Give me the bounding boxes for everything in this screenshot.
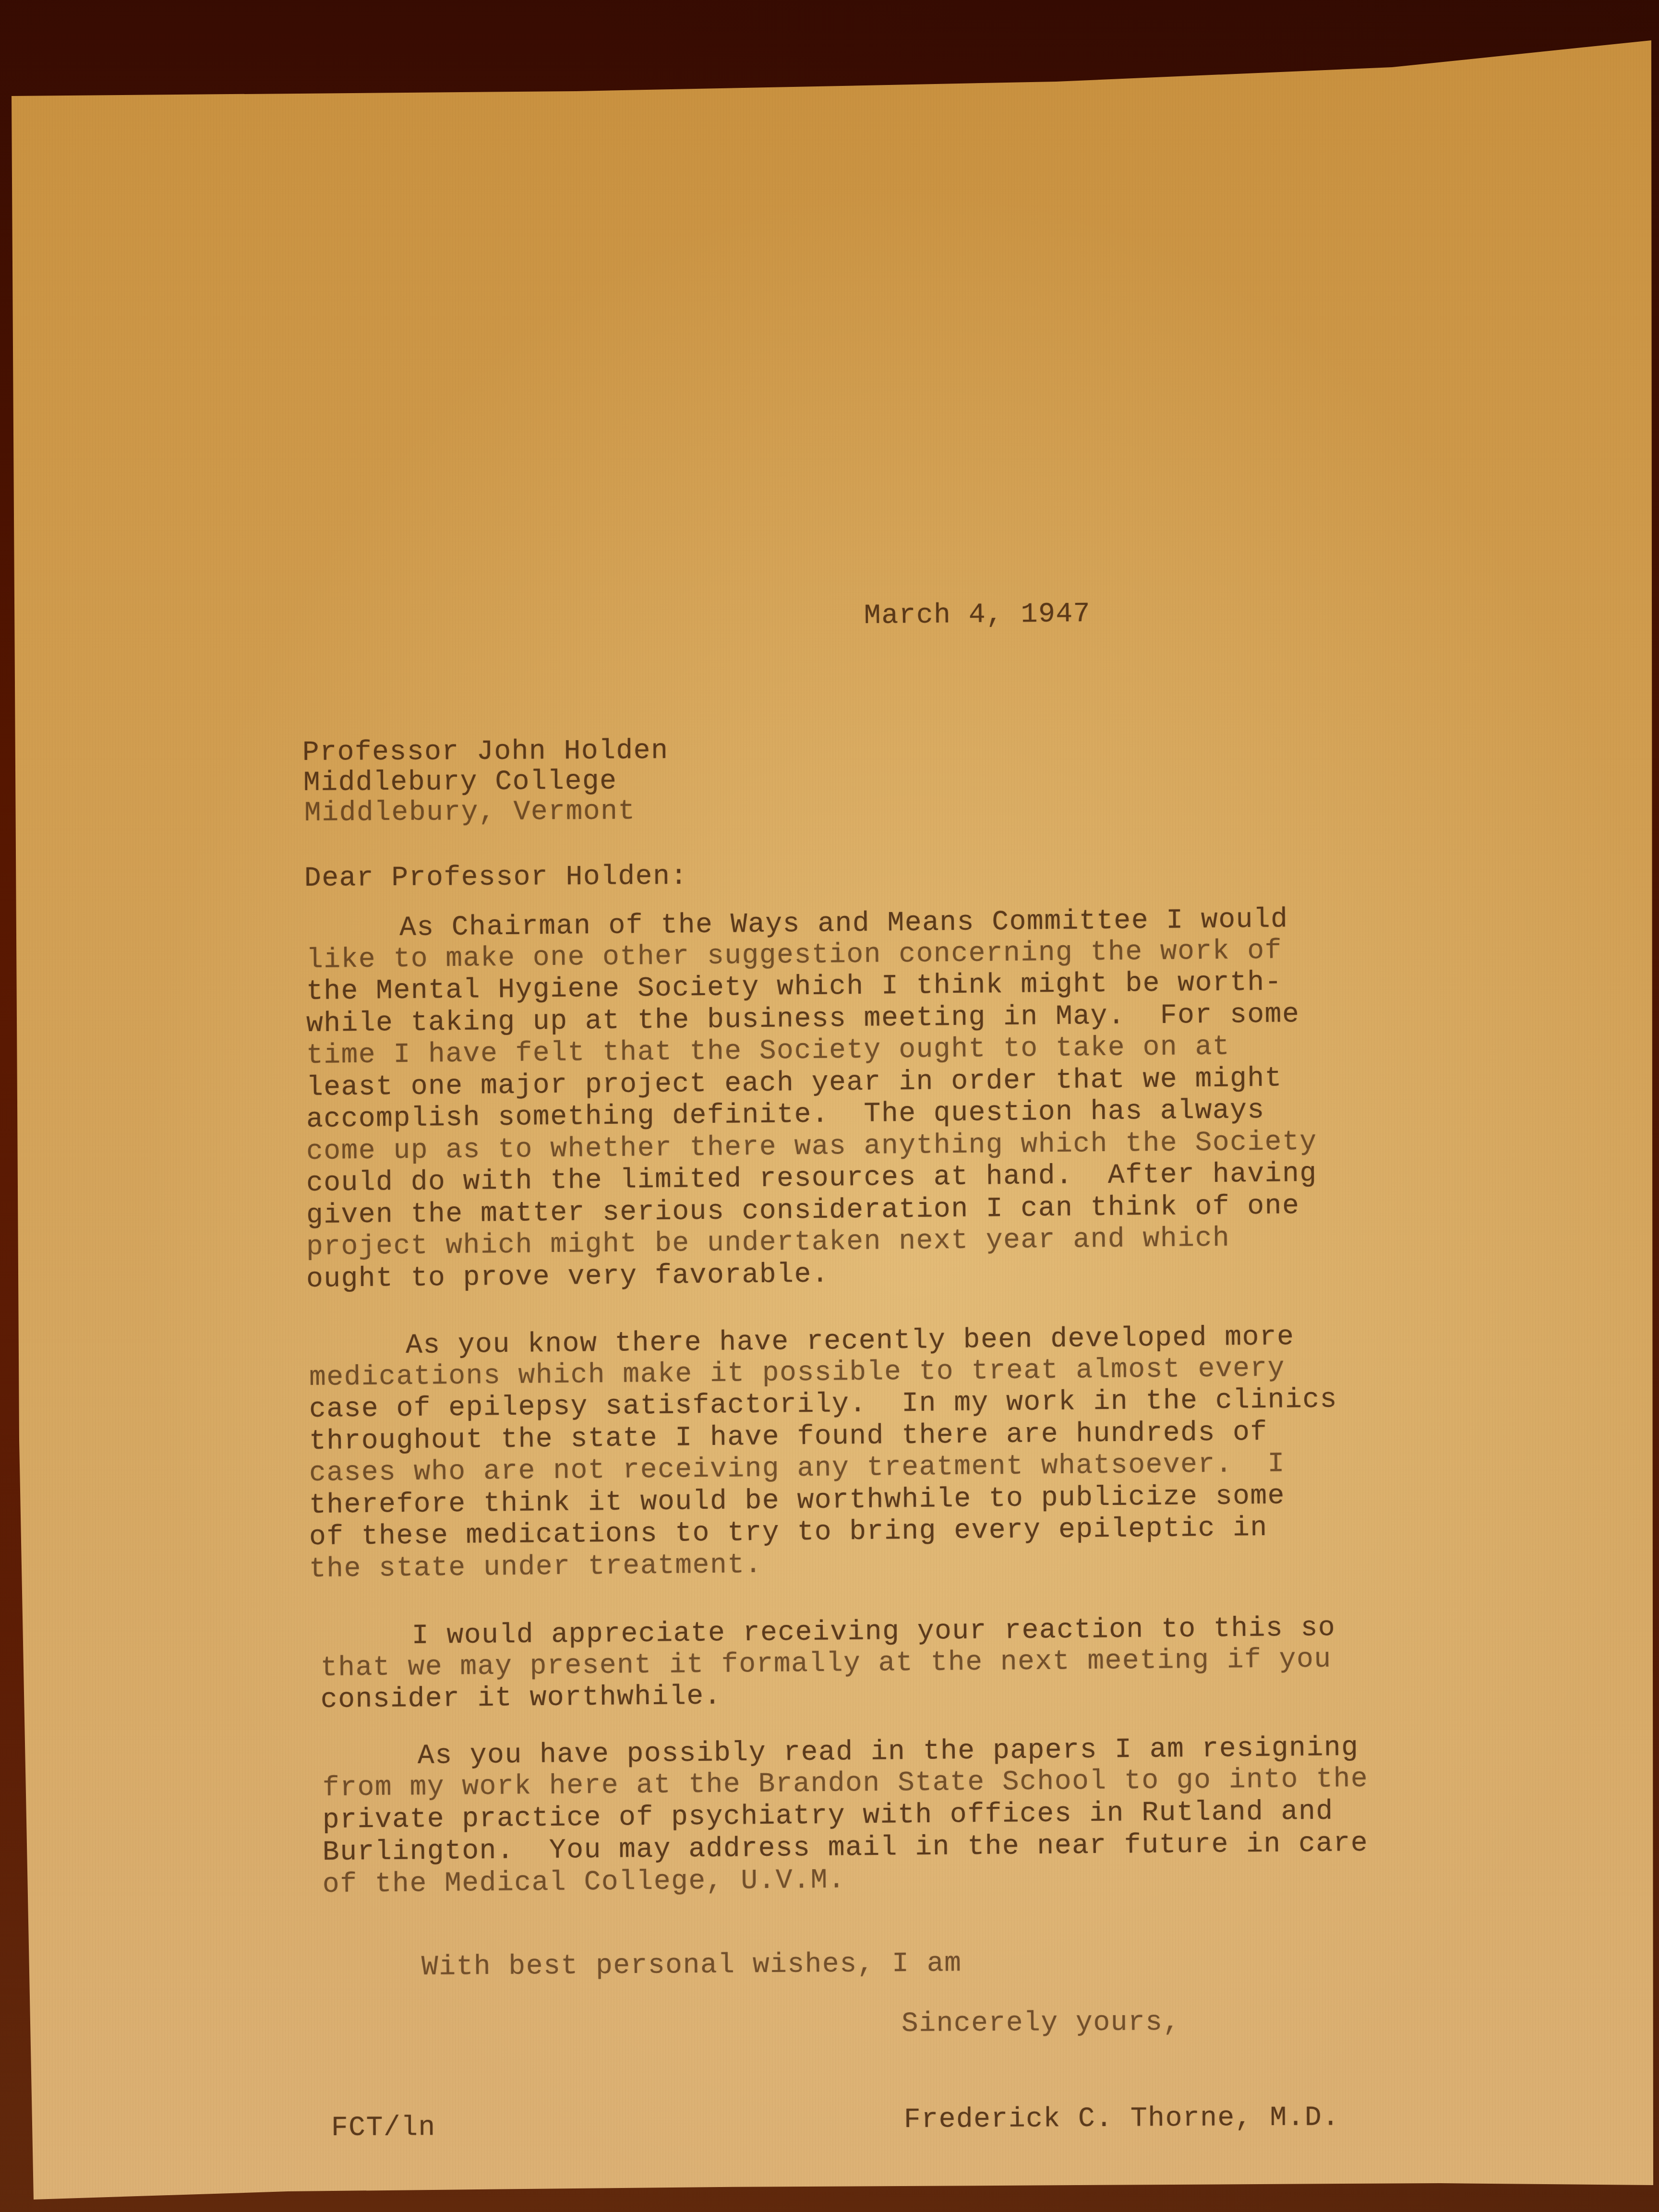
paragraph-line: ought to prove very favorable. — [306, 1261, 829, 1293]
reference-initials: FCT/ln — [331, 2114, 436, 2142]
complimentary-close: Sincerely yours, — [902, 2009, 1180, 2038]
paragraph-line: the state under treatment. — [309, 1551, 762, 1583]
closing-line: With best personal wishes, I am — [421, 1950, 962, 1982]
salutation: Dear Professor Holden: — [304, 863, 688, 893]
signature-name: Frederick C. Thorne, M.D. — [904, 2104, 1340, 2134]
recipient-institution: Middlebury College — [303, 768, 617, 797]
recipient-location: Middlebury, Vermont — [304, 798, 636, 828]
paragraph-line: of the Medical College, U.V.M. — [323, 1866, 846, 1899]
letter-page: March 4, 1947 Professor John Holden Midd… — [0, 0, 1659, 2212]
paragraph-line: consider it worthwhile. — [321, 1683, 722, 1714]
letter-date: March 4, 1947 — [864, 601, 1091, 630]
recipient-name: Professor John Holden — [302, 737, 669, 767]
